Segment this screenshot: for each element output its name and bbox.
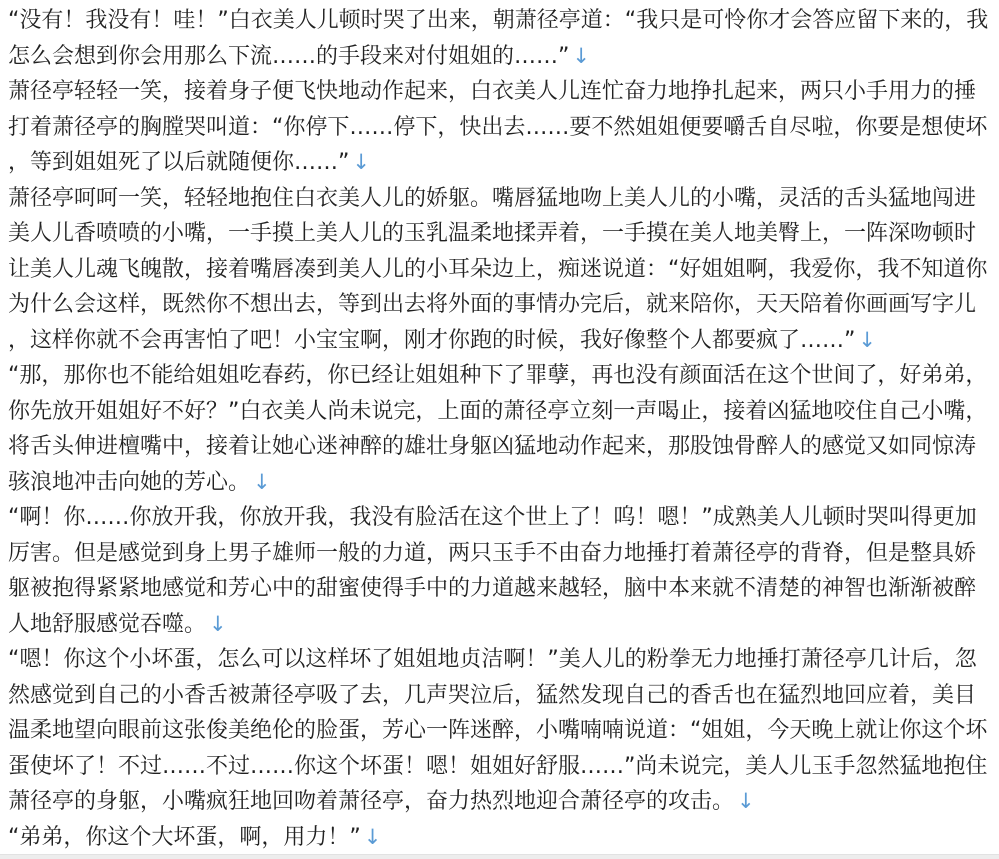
- paragraph[interactable]: “嗯！你这个小坏蛋，怎么可以这样坏了姐姐地贞洁啊！”美人儿的粉拳无力地捶打萧径亭…: [8, 642, 995, 820]
- line-break-mark-icon: ↓: [206, 612, 227, 636]
- paragraph-text: “那，那你也不能给姐姐吃春药，你已经让姐姐种下了罪孽，再也没有颜面活在这个世间了…: [8, 363, 987, 495]
- paragraph[interactable]: 萧径亭轻轻一笑，接着身子便飞快地动作起来，白衣美人儿连忙奋力地挣扎起来，两只小手…: [8, 74, 995, 181]
- paragraph[interactable]: “弟弟，你这个大坏蛋，啊，用力！”↓: [8, 820, 995, 855]
- horizontal-scrollbar[interactable]: [0, 854, 999, 859]
- paragraph-text: “啊！你……你放开我，你放开我，我没有脸活在这个世上了！呜！嗯！”成熟美人儿顿时…: [8, 505, 977, 637]
- paragraph[interactable]: 萧径亭呵呵一笑，轻轻地抱住白衣美人儿的娇躯。嘴唇猛地吻上美人儿的小嘴，灵活的舌头…: [8, 181, 995, 359]
- line-break-mark-icon: ↓: [855, 328, 876, 352]
- document-text-area[interactable]: “没有！我没有！哇！”白衣美人儿顿时哭了出来，朝萧径亭道：“我只是可怜你才会答应…: [0, 0, 999, 854]
- line-break-mark-icon: ↓: [734, 789, 755, 813]
- line-break-mark-icon: ↓: [361, 825, 382, 849]
- line-break-mark-icon: ↓: [250, 470, 271, 494]
- paragraph-text: 萧径亭轻轻一笑，接着身子便飞快地动作起来，白衣美人儿连忙奋力地挣扎起来，两只小手…: [8, 79, 987, 175]
- paragraph-text: “没有！我没有！哇！”白衣美人儿顿时哭了出来，朝萧径亭道：“我只是可怜你才会答应…: [8, 8, 988, 69]
- line-break-mark-icon: ↓: [349, 150, 370, 174]
- paragraph[interactable]: “那，那你也不能给姐姐吃春药，你已经让姐姐种下了罪孽，再也没有颜面活在这个世间了…: [8, 358, 995, 500]
- paragraph-text: “嗯！你这个小坏蛋，怎么可以这样坏了姐姐地贞洁啊！”美人儿的粉拳无力地捶打萧径亭…: [8, 647, 987, 814]
- paragraph[interactable]: “啊！你……你放开我，你放开我，我没有脸活在这个世上了！呜！嗯！”成熟美人儿顿时…: [8, 500, 995, 642]
- paragraph-text: “弟弟，你这个大坏蛋，啊，用力！”: [8, 825, 361, 850]
- line-break-mark-icon: ↓: [569, 44, 590, 68]
- paragraph[interactable]: “没有！我没有！哇！”白衣美人儿顿时哭了出来，朝萧径亭道：“我只是可怜你才会答应…: [8, 3, 995, 74]
- paragraph-text: 萧径亭呵呵一笑，轻轻地抱住白衣美人儿的娇躯。嘴唇猛地吻上美人儿的小嘴，灵活的舌头…: [8, 186, 987, 353]
